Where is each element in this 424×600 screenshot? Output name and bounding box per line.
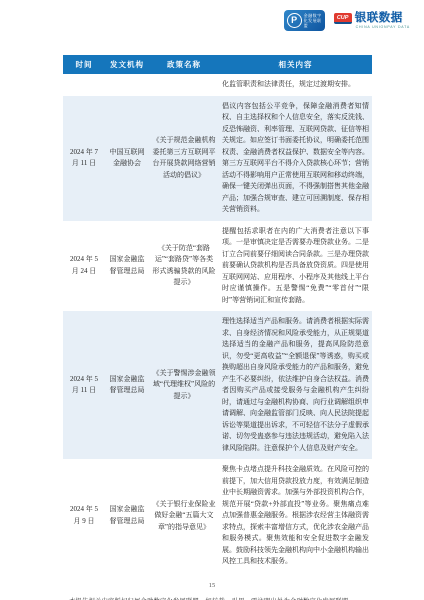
time-cell bbox=[63, 74, 105, 96]
content-cell: 化监管职责和法律责任，规定过渡期安排。 bbox=[219, 74, 372, 96]
unionpay-data-logo: CUP 银联数据 CHINA UNIONPAY DATA bbox=[334, 12, 410, 29]
policy-name-cell: 《关于规范金融机构委托第三方互联网平台开展贷款网络营销活动的倡议》 bbox=[149, 96, 219, 221]
policy-name-cell bbox=[149, 74, 219, 96]
alliance-logo: P 金融数字化发展联盟 bbox=[284, 10, 325, 31]
time-cell: 2024 年 5 月 11 日 bbox=[63, 311, 105, 459]
alliance-logo-icon: P bbox=[287, 13, 302, 28]
time-cell: 2024 年 5 月 24 日 bbox=[63, 221, 105, 312]
column-header-time: 时间 bbox=[63, 55, 105, 74]
agency-cell: 国家金融监督管理总局 bbox=[105, 221, 149, 312]
table-row: 2024 年 5 月 9 日 国家金融监督管理总局 《关于银行业保险业做好金融“… bbox=[63, 459, 372, 573]
table-row: 2024 年 5 月 24 日 国家金融监督管理总局 《关于防范“套路运”“套路… bbox=[63, 221, 372, 312]
content-cell: 理性选择适当产品和服务。请消费者根据实际需求、自身经济情况和风险承受能力，从正规… bbox=[219, 311, 372, 459]
policy-name-cell: 《关于防范“套路运”“套路贷”等各类形式诱骗贷款的风险提示》 bbox=[149, 221, 219, 312]
time-cell: 2024 年 5 月 9 日 bbox=[63, 459, 105, 573]
content-cell: 提醒包括求职者在内的广大消费者注意以下事项。一是审慎决定是否需要办理贷款业务。二… bbox=[219, 221, 372, 312]
header-logos: P 金融数字化发展联盟 CUP 银联数据 CHINA UNIONPAY DATA bbox=[284, 10, 410, 31]
table-row: 2024 年 5 月 11 日 国家金融监督管理总局 《关于警惕涉金融领域“代理… bbox=[63, 311, 372, 459]
unionpay-emblem-icon: CUP bbox=[334, 13, 352, 24]
agency-cell: 中国互联网金融协会 bbox=[105, 96, 149, 221]
page-number: 15 bbox=[0, 582, 424, 589]
time-cell: 2024 年 7 月 11 日 bbox=[63, 96, 105, 221]
column-header-content: 相关内容 bbox=[219, 55, 372, 74]
agency-cell: 国家金融监督管理总局 bbox=[105, 311, 149, 459]
unionpay-data-subtext: CHINA UNIONPAY DATA bbox=[356, 25, 410, 29]
content-cell: 聚焦卡点堵点提升科技金融质效。在风险可控的前提下，加大信用贷款投放力度，有效满足… bbox=[219, 459, 372, 573]
policy-table-body: 化监管职责和法律责任，规定过渡期安排。 2024 年 7 月 11 日 中国互联… bbox=[63, 74, 372, 573]
table-row: 2024 年 7 月 11 日 中国互联网金融协会 《关于规范金融机构委托第三方… bbox=[63, 96, 372, 221]
policy-name-cell: 《关于警惕涉金融领域“代理维权”风险的提示》 bbox=[149, 311, 219, 459]
unionpay-data-wordmark: 银联数据 bbox=[355, 12, 403, 24]
footer-copyright: 本报告相关内容版权归属金融数字化发展联盟，如转载、引用，需注明出处为金融数字化发… bbox=[0, 596, 424, 600]
column-header-agency: 发文机构 bbox=[105, 55, 149, 74]
agency-cell: 国家金融监督管理总局 bbox=[105, 459, 149, 573]
table-row: 化监管职责和法律责任，规定过渡期安排。 bbox=[63, 74, 372, 96]
agency-cell bbox=[105, 74, 149, 96]
column-header-policy: 政策名称 bbox=[149, 55, 219, 74]
policy-name-cell: 《关于银行业保险业做好金融“五篇大文章”的指导意见》 bbox=[149, 459, 219, 573]
policy-table-header: 时间 发文机构 政策名称 相关内容 bbox=[63, 55, 372, 74]
content-cell: 倡议内容包括公平竞争，保障金融消费者知情权、自主选择权和个人信息安全，落实反洗钱… bbox=[219, 96, 372, 221]
alliance-logo-text: 金融数字化发展联盟 bbox=[304, 13, 322, 28]
policy-table: 时间 发文机构 政策名称 相关内容 化监管职责和法律责任，规定过渡期安排。 20… bbox=[63, 55, 372, 573]
